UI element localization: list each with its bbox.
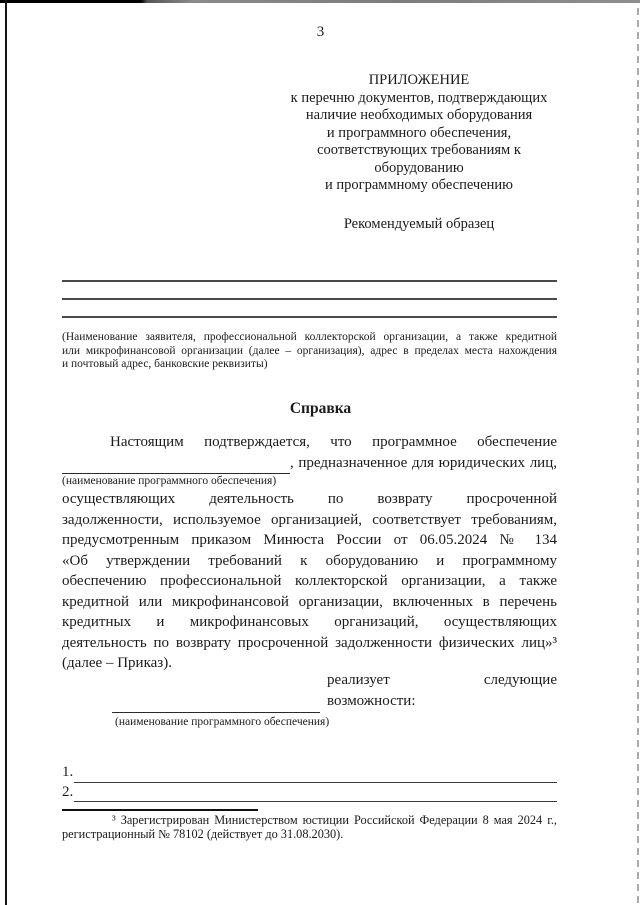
applicant-caption-line: или микрофинансовой организации (далее –… (62, 345, 557, 359)
appendix-header: ПРИЛОЖЕНИЕ к перечню документов, подтвер… (283, 72, 555, 195)
realizes-line: реализует следующие возможности: (62, 670, 557, 713)
list-item: 1. (62, 763, 557, 783)
software-name-blank-2 (112, 695, 320, 713)
list-item: 2. (62, 783, 557, 803)
capabilities-list: 1. 2. (62, 763, 557, 802)
scanned-document-page: 3 ПРИЛОЖЕНИЕ к перечню документов, подтв… (0, 0, 640, 905)
appendix-header-line: и программного обеспечения, (283, 125, 555, 143)
certificate-body-line: задолженности, используемое организацией… (62, 510, 557, 531)
appendix-header-line: оборудованию (283, 160, 555, 178)
certificate-body-line: кредитных и микрофинансовых организаций,… (62, 612, 557, 633)
applicant-caption-line: (Наименование заявителя, профессионально… (62, 331, 557, 345)
applicant-caption: (Наименование заявителя, профессионально… (62, 331, 557, 372)
certificate-heading: Справка (62, 400, 557, 418)
appendix-header-line: наличие необходимых оборудования (283, 107, 555, 125)
certificate-body-line: деятельность по возврату просроченной за… (62, 633, 557, 654)
recommended-sample-label: Рекомендуемый образец (283, 216, 555, 234)
blank-line (62, 300, 557, 318)
list-item-number: 2. (62, 783, 73, 803)
certificate-body-line: осуществляющих деятельность по возврату … (62, 489, 557, 510)
footnote-line: ³ Зарегистрирован Министерством юстиции … (62, 814, 557, 828)
list-item-number: 1. (62, 763, 73, 783)
appendix-header-line: к перечню документов, подтверждающих (283, 90, 555, 108)
intro-line-suffix: , предназначенное для юридических лиц, (290, 453, 557, 475)
list-item-blank (74, 784, 557, 802)
realizes-suffix: реализует следующие возможности: (327, 670, 557, 713)
certificate-body-line: «Об утверждении требований к оборудовани… (62, 551, 557, 572)
software-name-caption: (наименование программного обеспечения) (62, 475, 557, 488)
blank-line (62, 264, 557, 282)
footnote-line: регистрационный № 78102 (действует до 31… (62, 828, 557, 842)
intro-line: Настоящим подтверждается, что программно… (62, 432, 557, 453)
certificate-body-line: предусмотренным приказом Минюста России … (62, 530, 557, 551)
appendix-header-lines: к перечню документов, подтверждающихнали… (283, 90, 555, 195)
scan-artifact-right-edge (637, 8, 639, 905)
certificate-body-line: кредитной или микрофинансовой организаци… (62, 592, 557, 613)
software-name-caption-2: (наименование программного обеспечения) (62, 716, 557, 730)
footnote-separator (62, 809, 258, 811)
appendix-title: ПРИЛОЖЕНИЕ (283, 72, 555, 90)
certificate-body: осуществляющих деятельность по возврату … (62, 489, 557, 674)
appendix-header-line: соответствующих требованиям к (283, 142, 555, 160)
blank-line (62, 282, 557, 300)
footnote: ³ Зарегистрирован Министерством юстиции … (62, 814, 557, 842)
scan-artifact-left-edge (5, 0, 7, 905)
software-name-blank (62, 456, 290, 474)
applicant-name-blank-lines (62, 264, 557, 318)
certificate-body-line: обеспечению профессиональной коллекторск… (62, 571, 557, 592)
applicant-caption-line: и почтовый адрес, банковские реквизиты) (62, 358, 557, 372)
list-item-blank (74, 765, 557, 783)
software-name-line: , предназначенное для юридических лиц, (62, 453, 557, 475)
certificate-intro: Настоящим подтверждается, что программно… (62, 432, 557, 475)
appendix-header-line: и программному обеспечению (283, 177, 555, 195)
page-number: 3 (62, 0, 557, 41)
document-content: 3 ПРИЛОЖЕНИЕ к перечню документов, подтв… (62, 0, 557, 842)
